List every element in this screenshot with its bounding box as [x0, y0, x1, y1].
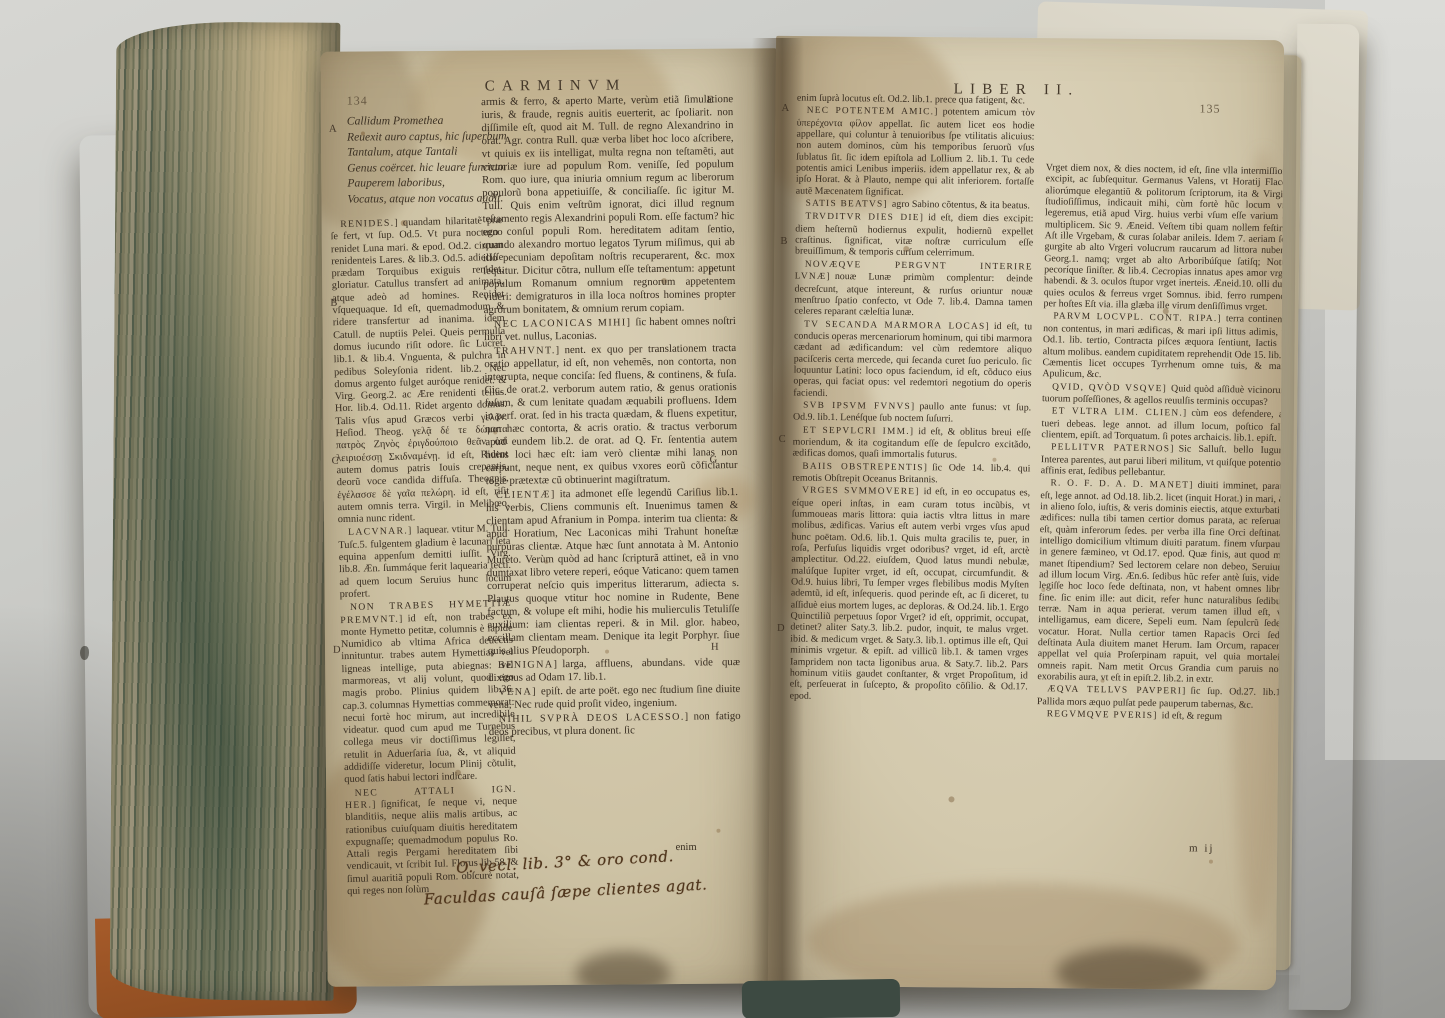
commentary-paragraph: NEC LACONICAS MIHI]ſic habent omnes noſt…	[484, 315, 736, 344]
left-page: 134 CARMINVM Callidum PrometheaReuexit a…	[320, 48, 783, 987]
commentary-paragraph: R. O. F. D. A. D. MANET]diuiti imminet, …	[1037, 477, 1284, 686]
commentary-paragraph: NOVÆQVE PERGVNT INTERIRE LVNÆ]nouæ Lunæ …	[794, 258, 1033, 320]
page-number: 134	[347, 93, 368, 108]
right-column-commentary: armis & ferro, & aperto Marte, verùm eti…	[481, 93, 742, 844]
lemma-heading: R. O. F. D. A. D. MANET]	[1050, 479, 1197, 491]
binding-cloth	[742, 979, 901, 1018]
lemma-heading: TRAHVNT.]	[494, 345, 565, 357]
commentary-paragraph: BAIIS OBSTREPENTIS]ſic Ode 14. lib.4. qu…	[792, 460, 1030, 487]
right-page: LIBER II. 135 ABCD EFGH enim ſuprà locut…	[768, 36, 1284, 990]
running-title: CARMINVM	[441, 77, 671, 96]
commentary-paragraph: Vrget diem nox, & dies noctem, id eſt, ſ…	[1043, 162, 1284, 314]
photo-of-open-book: 134 CARMINVM Callidum PrometheaReuexit a…	[0, 0, 1445, 1018]
paragraph-text: agro Sabino cõtentus, & ita beatus.	[892, 199, 1030, 212]
paragraph-text: terra continente non contentus, in mari …	[1042, 314, 1284, 381]
commentary-paragraph: QVID, QVÒD VSQVE]Quid quòd aſſiduè vicin…	[1042, 381, 1284, 409]
center-gutter-shadow	[752, 38, 804, 988]
lemma-heading: LACVNAR.]	[348, 526, 417, 539]
left-column-commentary: enim ſuprà locutus eſt. Od.2. lib.1. pre…	[788, 93, 1035, 856]
lemma-heading: VRGES SVMMOVERE]	[802, 486, 924, 497]
commentary-paragraph: TV SECANDA MARMORA LOCAS]id eſt, tu cond…	[793, 318, 1032, 401]
paragraph-text: enim ſuprà locutus eſt. Od.2. lib.1. pre…	[797, 93, 1025, 107]
page-edge-tear	[575, 951, 670, 987]
lemma-heading: ET VLTRA LIM. CLIEN.]	[1052, 407, 1192, 419]
lemma-heading: VENA]	[498, 686, 541, 698]
lemma-heading: TRVDITVR DIES DIE]	[805, 212, 928, 223]
lemma-heading: ET SEPVLCRI IMM.]	[803, 425, 919, 436]
left-page-block-edge	[110, 21, 341, 1001]
margin-letter: D	[333, 645, 341, 656]
commentary-paragraph: CLIENTÆ]ita admonet eſſe legendũ Cariſiu…	[486, 486, 740, 658]
commentary-paragraph: armis & ferro, & aperto Marte, verùm eti…	[481, 93, 736, 317]
commentary-paragraph: TRVDITVR DIES DIE]id eſt, diem dies exci…	[795, 211, 1034, 260]
lemma-heading: BAIIS OBSTREPENTIS]	[802, 461, 932, 473]
paragraph-text: ita admonet eſſe legendũ Cariſius lib.1.…	[486, 486, 740, 657]
commentary-paragraph: PARVM LOCVPL. CONT. RIPA.]terra continen…	[1042, 311, 1284, 384]
signature-mark: m ij	[1189, 842, 1215, 854]
commentary-paragraph: NEC POTENTEM AMIC.]potentem amicum τὸν ὑ…	[796, 105, 1035, 200]
lemma-heading: SATIS BEATVS]	[806, 199, 892, 210]
paragraph-text: potentem amicum τὸν ὑπερέχοντα φίλον app…	[796, 107, 1035, 198]
page-number: 135	[1199, 101, 1220, 116]
commentary-paragraph: VENA]epiſt. de arte poët. ego nec ſtudiu…	[488, 683, 740, 712]
commentary-paragraph: ÆQVA TELLVS PAVPERI]ſic ſup. Od.27. lib.…	[1037, 684, 1283, 712]
commentary-paragraph: VRGES SVMMOVERE]id eſt, in eo occupatus …	[790, 485, 1031, 704]
commentary-paragraph: NIHIL SVPRÀ DEOS LACESSO.]non fatigo deo…	[489, 710, 741, 739]
paragraph-text: armis & ferro, & aperto Marte, verùm eti…	[481, 93, 736, 316]
lemma-heading: REGVMQVE PVERIS]	[1047, 709, 1162, 721]
lemma-heading: ÆQVA TELLVS PAVPERI]	[1047, 685, 1191, 697]
lemma-heading: SVB IPSVM FVNVS]	[803, 401, 919, 412]
paragraph-text: diuiti imminet, parata eſt, lege annot. …	[1037, 480, 1284, 685]
commentary-paragraph: ET VLTRA LIM. CLIEN.]cùm eos defendere, …	[1041, 405, 1284, 444]
lemma-heading: NEC LACONICAS MIHI]	[494, 317, 636, 330]
paragraph-text: id eſt, tu conducis operas mercenariorum…	[793, 321, 1032, 399]
lemma-heading: QVID, QVÒD VSQVE]	[1052, 382, 1171, 394]
right-column-commentary: Vrget diem nox, & dies noctem, id eſt, ſ…	[1034, 162, 1284, 888]
commentary-paragraph: BENIGNA]larga, affluens, abundans. vide …	[488, 656, 740, 685]
lemma-heading: PELLITVR PATERNOS]	[1051, 443, 1179, 455]
lemma-heading: CLIENTÆ]	[496, 489, 560, 501]
commentary-paragraph: SVB IPSVM FVNVS]paullo ante funus: vt ſu…	[793, 399, 1031, 426]
lemma-heading: RENIDES.]	[340, 217, 403, 230]
paragraph-text: id eſt, & regum	[1162, 710, 1223, 722]
lemma-heading: TV SECANDA MARMORA LOCAS]	[804, 319, 994, 331]
commentary-paragraph: TRAHVNT.]nent. ex quo per translationem …	[484, 342, 738, 488]
paragraph-text: Vrget diem nox, & dies noctem, id eſt, ſ…	[1043, 162, 1284, 313]
lemma-heading: NEC POTENTEM AMIC.]	[807, 106, 943, 118]
paragraph-text: nent. ex quo per translationem tracta or…	[484, 342, 737, 487]
right-leather-cover	[1289, 24, 1360, 1011]
commentary-paragraph: PELLITVR PATERNOS]Sic Salluſt. bello Iug…	[1041, 441, 1284, 480]
lemma-heading: NIHIL SVPRÀ DEOS LACESSO.]	[499, 712, 694, 725]
margin-letter: A	[329, 124, 337, 135]
lemma-heading: BENIGNA]	[498, 659, 563, 671]
paragraph-text: id eſt, in eo occupatus es, eíque operi …	[790, 486, 1031, 701]
commentary-paragraph: ET SEPVLCRI IMM.]id eſt, & oblitus breui…	[793, 424, 1031, 462]
